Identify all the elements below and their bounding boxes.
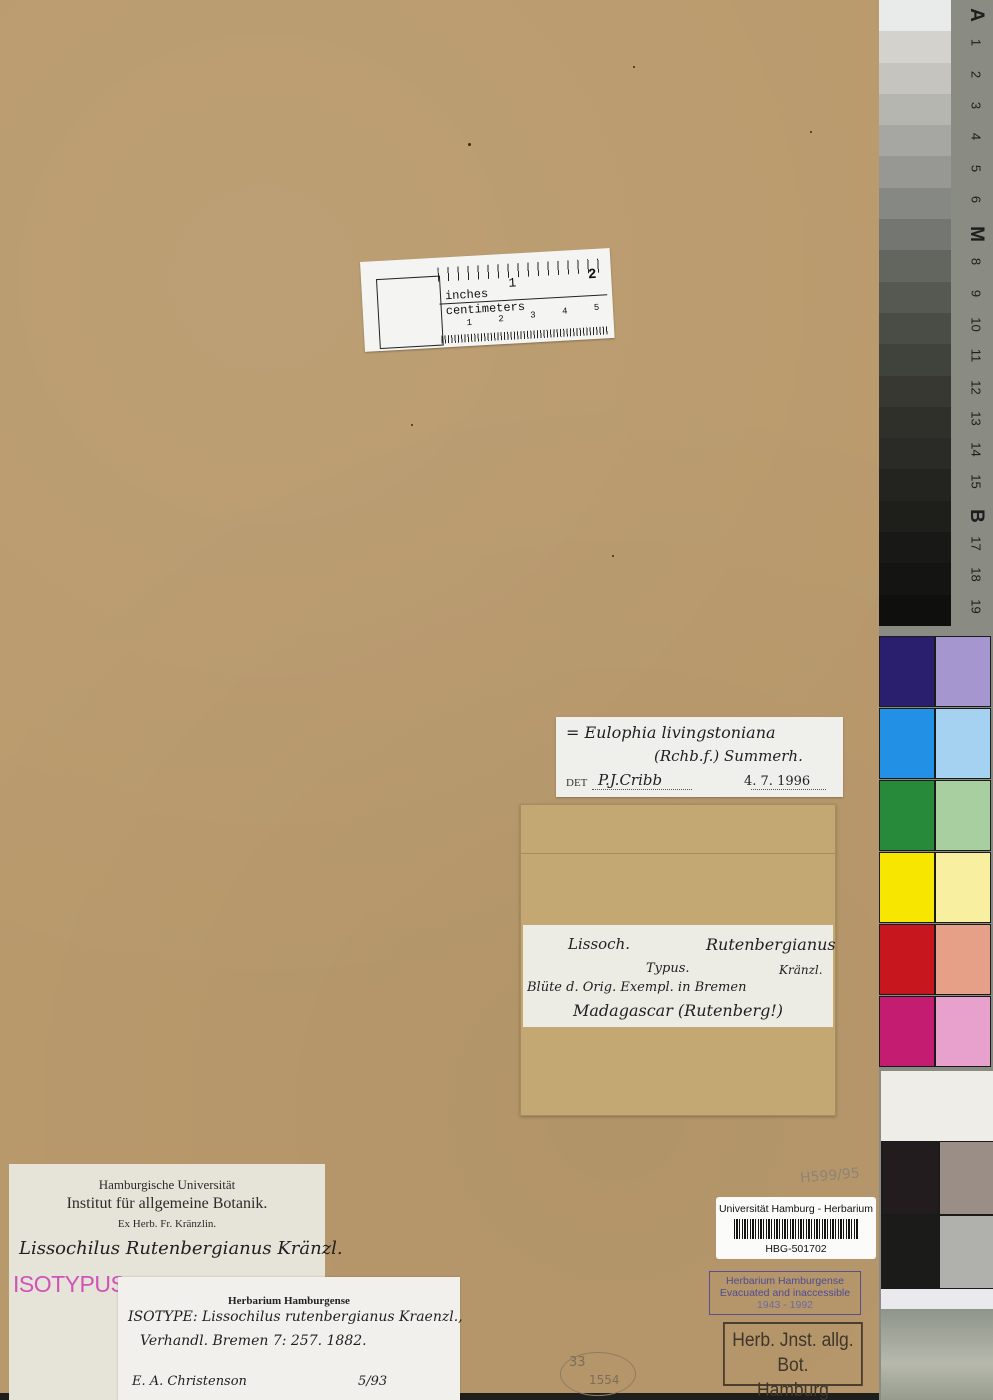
gray-swatch [879,469,951,500]
color-swatch [879,780,935,851]
centimeters-label: centimeters [445,300,525,318]
catalog-number: HBG-501702 [716,1243,876,1255]
det-dotted-line [592,789,692,790]
packet-label-band: Lissoch. Rutenbergianus Kränzl. Typus. B… [523,925,833,1027]
paper-speck [468,143,471,146]
institute-stamp: Herb. Jnst. allg. Bot. Hamburg [723,1322,863,1386]
color-swatch [879,852,935,923]
gray-scale-label: A [965,1,987,29]
color-checker-strip: A123456M89101112131415B171819 [879,0,993,1400]
paper-speck [633,66,635,68]
annotator: E. A. Christenson [132,1374,247,1389]
dark-swatch [881,1141,939,1215]
circled-number-bottom: 1554 [589,1373,620,1387]
barcode-label[interactable]: Universität Hamburg - Herbarium HBG-5017… [716,1197,876,1259]
gray-swatch [879,250,951,281]
gray-scale-label: 3 [969,91,984,119]
scale-ruler-label: 1 2 inches centimeters 1 2 3 4 5 [360,248,615,352]
gray-scale-label: M [965,220,987,248]
color-swatch [935,708,991,779]
packet-species: Rutenbergianus [706,935,836,954]
gray-swatch [879,219,951,250]
gray-scale-label: 2 [969,60,984,88]
isotypus-stamp: ISOTYPUS [13,1271,125,1298]
gray-scale-label: 10 [969,311,984,339]
packet-type-note: Typus. [646,961,690,976]
gray-swatch [879,63,951,94]
dark-swatch [939,1215,993,1289]
gray-swatch [879,407,951,438]
det-date-dotted-line [751,789,826,790]
gray-swatch [879,282,951,313]
cm-tick-label: 4 [562,307,568,317]
hamburgense-title: Herbarium Hamburgense [118,1295,460,1307]
pencil-circled-number: 33 1554 [560,1352,636,1396]
ruler-scale: 1 2 inches centimeters 1 2 3 4 5 [437,258,609,343]
barcode-icon [734,1219,858,1239]
annotation-date: 5/93 [358,1374,387,1389]
evacuated-stamp-line2: Evacuated and inaccessible [710,1287,860,1299]
color-swatch [935,924,991,995]
determination-label: = Eulophia livingstoniana (Rchb.f.) Summ… [556,717,843,797]
gray-scale-label: 4 [969,123,984,151]
gray-swatch [879,188,951,219]
inch-tick-label: 1 [508,275,517,290]
barcode-institution: Universität Hamburg - Herbarium [716,1203,876,1215]
gray-swatch [879,563,951,594]
cm-tick-label: 5 [594,303,600,313]
color-swatch [879,996,935,1067]
inch-ticks [437,258,606,281]
gray-scale-label: 11 [969,342,984,370]
institute-line: Institut für allgemeine Botanik. [9,1195,325,1213]
paper-speck [411,424,413,426]
dark-swatch [881,1215,939,1289]
institute-stamp-line2: Hamburg [725,1378,861,1400]
color-swatch [935,852,991,923]
gray-swatch [879,376,951,407]
handwritten-taxon: Lissochilus Rutenbergianus Kränzl. [19,1238,343,1259]
institute-stamp-line1: Herb. Jnst. allg. Bot. [725,1328,861,1378]
gray-swatch [879,532,951,563]
det-date: 4. 7. 1996 [744,774,810,789]
dark-swatch [939,1141,993,1215]
ruler-blank-box [376,276,444,349]
gray-swatch [879,595,951,626]
det-signature: P.J.Cribb [598,771,662,789]
paper-speck [612,555,614,557]
gray-scale-label: 1 [969,29,984,57]
gray-scale-label: 9 [969,279,984,307]
institution-line: Hamburgische Universität [9,1177,325,1193]
gray-swatch [879,313,951,344]
packet-author: Kränzl. [779,963,823,977]
gray-scale-label: 15 [969,467,984,495]
gray-swatch [879,0,951,31]
cm-tick-label: 2 [498,314,504,324]
color-swatch [879,708,935,779]
inch-tick-label: 2 [588,267,597,283]
gray-scale-label: B [965,502,987,530]
gray-swatch [879,438,951,469]
gray-swatch [879,31,951,62]
gray-swatch [879,125,951,156]
color-swatch [935,996,991,1067]
det-author-line: (Rchb.f.) Summerh. [654,747,803,765]
packet-note-line: Blüte d. Orig. Exempl. in Bremen [527,980,746,995]
gray-swatch [879,94,951,125]
det-prefix: DET [566,777,587,789]
color-swatch [879,636,935,707]
gray-scale-label: 17 [969,530,984,558]
gray-scale-label: 18 [969,561,984,589]
evacuated-stamp: Herbarium Hamburgense Evacuated and inac… [709,1271,861,1315]
scanner-background [881,1309,993,1400]
gray-swatch [879,501,951,532]
color-swatch [935,636,991,707]
evacuated-stamp-years: 1943 - 1992 [710,1299,860,1311]
cm-tick-label: 1 [466,318,472,328]
gray-swatch [879,156,951,187]
paper-speck [810,131,812,133]
gray-scale-label: 12 [969,373,984,401]
packet-genus: Lissoch. [568,935,630,953]
gray-scale-label: 19 [969,592,984,620]
color-swatch [935,780,991,851]
color-swatch [879,924,935,995]
ex-herb-line: Ex Herb. Fr. Kränzlin. [9,1218,325,1230]
packet-locality: Madagascar (Rutenberg!) [573,1001,783,1020]
fragment-packet[interactable]: Lissoch. Rutenbergianus Kränzl. Typus. B… [520,804,836,1116]
gray-swatch [879,344,951,375]
white-patch [881,1071,993,1141]
packet-flap-fold [521,853,835,854]
isotype-line: ISOTYPE: Lissochilus rutenbergianus Krae… [128,1309,463,1325]
gray-scale-label: 5 [969,154,984,182]
gray-scale-label: 14 [969,436,984,464]
evacuated-stamp-line1: Herbarium Hamburgense [710,1275,860,1287]
cm-tick-label: 3 [530,310,536,320]
gray-scale [879,0,951,626]
det-name-line: = Eulophia livingstoniana [566,723,776,742]
circled-number-top: 33 [569,1355,586,1370]
hamburgense-label: Herbarium Hamburgense ISOTYPE: Lissochil… [118,1277,460,1400]
white-strip [881,1289,993,1309]
publication-line: Verhandl. Bremen 7: 257. 1882. [140,1333,367,1349]
gray-scale-label: 13 [969,404,984,432]
gray-scale-label: 6 [969,185,984,213]
gray-scale-label: 8 [969,248,984,276]
